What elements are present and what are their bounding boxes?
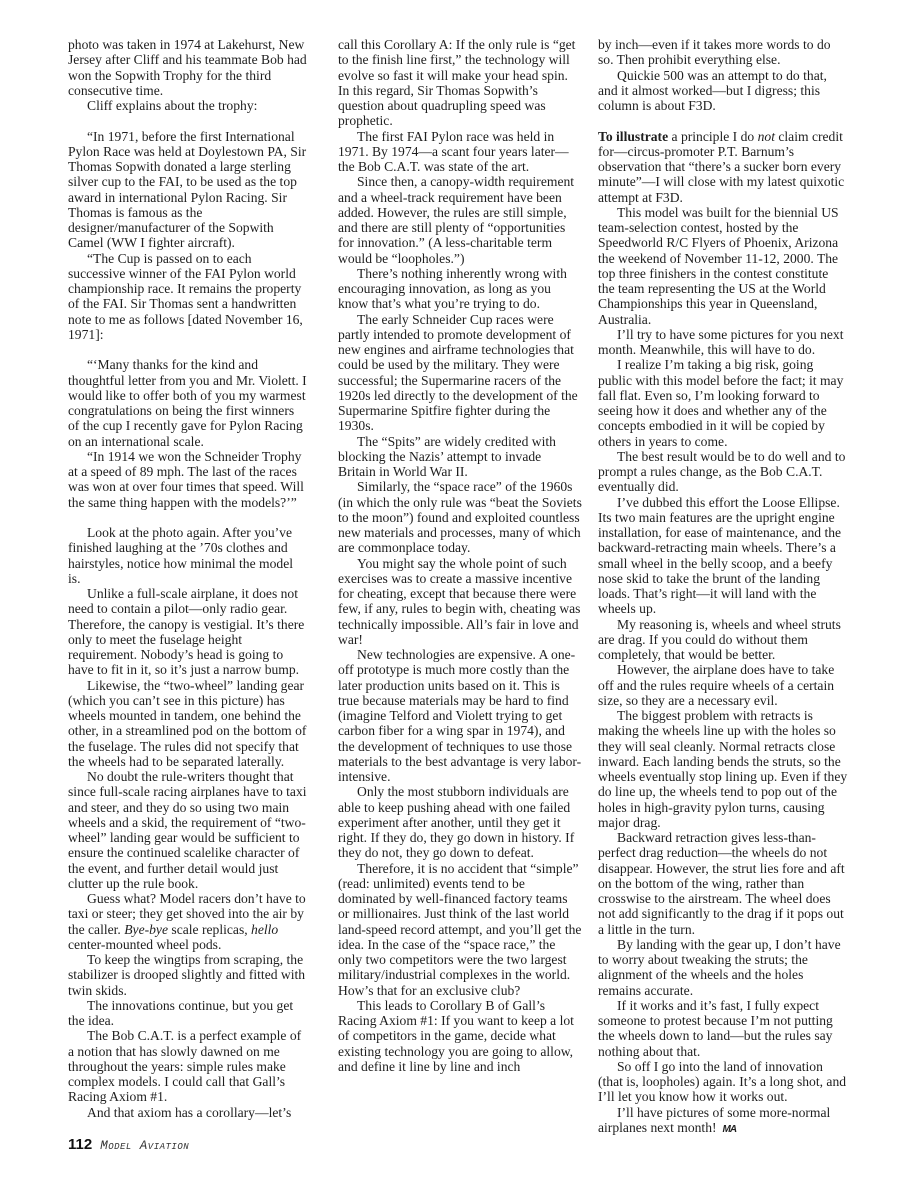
- italic-text: hello: [251, 922, 278, 937]
- page-footer: 112 Model Aviation: [68, 1136, 189, 1153]
- paragraph: You might say the whole point of such ex…: [338, 556, 582, 648]
- paragraph: I’ll have pictures of some more-normal a…: [598, 1105, 848, 1138]
- paragraph: By landing with the gear up, I don’t hav…: [598, 937, 848, 998]
- paragraph: by inch—even if it takes more words to d…: [598, 37, 848, 68]
- paragraph: Cliff explains about the trophy:: [68, 98, 308, 113]
- paragraph: Unlike a full-scale airplane, it does no…: [68, 586, 308, 678]
- paragraph: The first FAI Pylon race was held in 197…: [338, 129, 582, 175]
- paragraph: Quickie 500 was an attempt to do that, a…: [598, 68, 848, 114]
- paragraph: And that axiom has a corollary—let’s: [68, 1105, 308, 1120]
- paragraph: The best result would be to do well and …: [598, 449, 848, 495]
- paragraph: Since then, a canopy-width requirement a…: [338, 174, 582, 266]
- paragraph: To keep the wingtips from scraping, the …: [68, 952, 308, 998]
- paragraph: There’s nothing inherently wrong with en…: [338, 266, 582, 312]
- paragraph: photo was taken in 1974 at Lakehurst, Ne…: [68, 37, 308, 98]
- paragraph: Likewise, the “two-wheel” landing gear (…: [68, 678, 308, 770]
- paragraph: So off I go into the land of innovation …: [598, 1059, 848, 1105]
- paragraph: The innovations continue, but you get th…: [68, 998, 308, 1029]
- page-number: 112: [68, 1136, 92, 1153]
- paragraph: Therefore, it is no accident that “simpl…: [338, 861, 582, 998]
- paragraph: This model was built for the biennial US…: [598, 205, 848, 327]
- paragraph: I realize I’m taking a big risk, going p…: [598, 357, 848, 449]
- quote-paragraph: “The Cup is passed on to each successive…: [68, 251, 308, 343]
- paragraph: The early Schneider Cup races were partl…: [338, 312, 582, 434]
- column-1: photo was taken in 1974 at Lakehurst, Ne…: [68, 37, 308, 1120]
- paragraph: I’ll try to have some pictures for you n…: [598, 327, 848, 358]
- quote-paragraph: “‘Many thanks for the kind and thoughtfu…: [68, 357, 308, 449]
- paragraph: No doubt the rule-writers thought that s…: [68, 769, 308, 891]
- paragraph: call this Corollary A: If the only rule …: [338, 37, 582, 129]
- italic-text: not: [758, 129, 775, 144]
- text-run: a principle I do: [668, 129, 757, 144]
- lead-in-bold: To illustrate: [598, 129, 668, 144]
- paragraph: I’ve dubbed this effort the Loose Ellips…: [598, 495, 848, 617]
- magazine-name: Model Aviation: [100, 1139, 189, 1153]
- text-run: center-mounted wheel pods.: [68, 937, 221, 952]
- paragraph: Guess what? Model racers don’t have to t…: [68, 891, 308, 952]
- paragraph: Backward retraction gives less-than-perf…: [598, 830, 848, 937]
- paragraph: Only the most stubborn individuals are a…: [338, 784, 582, 860]
- paragraph: New technologies are expensive. A one-of…: [338, 647, 582, 784]
- paragraph: This leads to Corollary B of Gall’s Raci…: [338, 998, 582, 1074]
- column-2: call this Corollary A: If the only rule …: [338, 37, 582, 1074]
- quote-paragraph: “In 1914 we won the Schneider Trophy at …: [68, 449, 308, 510]
- text-run: scale replicas,: [168, 922, 251, 937]
- quote-paragraph: “In 1971, before the first International…: [68, 129, 308, 251]
- paragraph: My reasoning is, wheels and wheel struts…: [598, 617, 848, 663]
- paragraph: If it works and it’s fast, I fully expec…: [598, 998, 848, 1059]
- section-lead-paragraph: To illustrate a principle I do not claim…: [598, 129, 848, 205]
- text-run: I’ll have pictures of some more-normal a…: [598, 1105, 830, 1135]
- paragraph: The “Spits” are widely credited with blo…: [338, 434, 582, 480]
- paragraph: Similarly, the “space race” of the 1960s…: [338, 479, 582, 555]
- paragraph: The Bob C.A.T. is a perfect example of a…: [68, 1028, 308, 1104]
- italic-text: Bye-bye: [124, 922, 168, 937]
- end-mark-ma-logo: MA: [723, 1124, 737, 1135]
- magazine-page: photo was taken in 1974 at Lakehurst, Ne…: [0, 0, 916, 1186]
- column-3: by inch—even if it takes more words to d…: [598, 37, 848, 1137]
- paragraph: The biggest problem with retracts is mak…: [598, 708, 848, 830]
- paragraph: Look at the photo again. After you’ve fi…: [68, 525, 308, 586]
- paragraph: However, the airplane does have to take …: [598, 662, 848, 708]
